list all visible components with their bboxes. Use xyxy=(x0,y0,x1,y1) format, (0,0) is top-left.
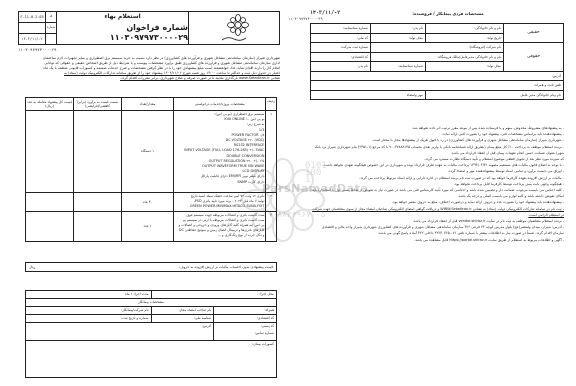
note-item: - آگهی و اطلاعات مربوط به استعلام از طری… xyxy=(310,237,564,243)
seller-title: مشخصات فردی پیمانکار / فروشنده: xyxy=(378,11,518,16)
contract-table: مدت اجرا: ۱ ماه محل اجرا: - مشخصات پیمان… xyxy=(25,290,277,378)
national-id-cell[interactable]: شناسه ملی: xyxy=(151,315,214,323)
col-row: ردیف xyxy=(266,98,277,111)
birth-place-cell[interactable]: محل تولد: xyxy=(371,33,426,43)
cell-ratio[interactable] xyxy=(74,211,122,241)
contractor-title: مشخصات پیمانکار xyxy=(26,299,277,307)
birth-date-cell[interactable]: تاریخ تولد: xyxy=(426,33,504,43)
document-header: F-11-0-2-03 کد شماره ۱۴۰۳/۱۱/-۲ استعلام … xyxy=(18,11,280,45)
cell-total[interactable] xyxy=(26,193,74,212)
desc-line: INPUT VOLTAGE (FULL LOAD 176-285) +/- 5V… xyxy=(175,148,264,153)
watermark-code: 0101 100 1 xyxy=(305,163,327,184)
note-item: - آدرس: شیراز، میدان ولیعصر(عج) بلوار مد… xyxy=(310,224,564,236)
economic-code-cell[interactable]: کد اقتصادی: xyxy=(311,52,371,62)
id-number-cell[interactable]: شماره شناسنامه: xyxy=(311,24,371,34)
note-item: - ثبت نام در سامانه تدارکات الکترونیکی د… xyxy=(310,206,564,218)
company-cell[interactable]: نام شرکت (فروشگاه): xyxy=(371,43,504,53)
address-cell[interactable]: آدرس: xyxy=(26,323,214,341)
watermark-phone: ۰۲۱-۸۸۳۴۹۶۷۰-۵ xyxy=(258,210,325,220)
page-title: استعلام بهاء xyxy=(104,13,140,21)
cell-qty: ۱ دستگاه xyxy=(122,111,174,193)
mobile-cell[interactable]: همراه: xyxy=(214,307,277,315)
table-row: ۱ دستگاه سیستم برق اضطراری (یو پی اس): ی… xyxy=(26,111,277,193)
table-header-row: قیمت کل پیشنهاد معامله به عدد (ریال) نسب… xyxy=(26,98,277,111)
col-total-price: قیمت کل پیشنهاد معامله به عدد (ریال) xyxy=(26,98,74,111)
desc-line: و دکل جرب از نوع رنگ‌کاری و ... xyxy=(175,233,264,238)
phone-label: شماره تماس: xyxy=(216,331,274,335)
company-reg-cell[interactable]: شماره ثبت شرکت: xyxy=(311,43,371,53)
location-cell: محل اجرا: - xyxy=(151,291,277,299)
number-label: شماره xyxy=(45,23,56,33)
legal-person-label: حقوقی xyxy=(504,43,564,72)
note-item: - برنده استعلام موظف به پرداخت ۱۰٪ کل مب… xyxy=(310,144,564,156)
cell-desc: باتری ۱۲ ولت ۷۲ آمپر ساعت خشک سیلد اسید … xyxy=(174,193,266,212)
postal-code-label: کد پستی: xyxy=(216,324,274,328)
table-row: ۴۰ عدد باتری ۱۲ ولت ۷۲ آمپر ساعت خشک سیل… xyxy=(26,193,277,212)
manager-id-cell[interactable]: شماره شناسنامه: xyxy=(371,62,426,72)
col-description: مشخصات پروژه/خدمات درخواستی xyxy=(174,98,266,111)
top-reference-2: ۱۱۰۳۰۹۷۹۷۳۰۰۰۰۲۹ xyxy=(288,17,323,21)
total-label: قیمت پیشنهادی بدون احتساب مالیات بر ارزش… xyxy=(179,265,273,269)
total-unit: ریال xyxy=(29,265,35,269)
code-value: F-11-0-2-03 xyxy=(19,12,45,22)
cell-total[interactable] xyxy=(26,111,74,193)
desc-line: دارای کارت SNMP xyxy=(175,180,264,185)
duration-cell: مدت اجرا: ۱ ماه xyxy=(26,291,152,299)
items-table: قیمت کل پیشنهاد معامله به عدد (ریال) نسب… xyxy=(25,97,277,242)
reference-number: ۱۱۰۳۰۹۷۹۷۳۰۰۰۰۲۹ xyxy=(18,47,57,52)
manager-cell[interactable]: نام و نام خانوادگی مدیرعامل/مالک فروشگاه… xyxy=(371,52,504,62)
cell-total[interactable] xyxy=(26,211,74,241)
table-row: ۱ عدد ست کابینت باتری و اتصالات مربوطه ج… xyxy=(26,211,277,241)
stamp-cell[interactable]: مهر وامضاء xyxy=(311,90,426,100)
name-cell[interactable]: نام و نام خانوادگی: xyxy=(426,24,504,34)
flower-logo-icon xyxy=(214,13,254,43)
call-number-label: شماره فراخوان xyxy=(126,23,188,32)
col-price-ratio: نسبت قیمت به برآورد (برابر/کاهشی/افزایشی… xyxy=(74,98,122,111)
code-label: کد xyxy=(45,12,56,22)
signatory-cell[interactable]: نام صاحب امضاء مجاز: xyxy=(151,307,214,315)
cell-desc: سیستم برق اضطراری (یو پی اس): یو پی اس ۱… xyxy=(174,111,266,193)
national-code-cell[interactable]: کد ملی: xyxy=(311,33,371,43)
intro-paragraph: شهرداری شیراز (سازمان ساماندهی مشاغل شهر… xyxy=(18,56,280,81)
manager-father-cell[interactable]: نام پدر: xyxy=(311,62,371,72)
reg-cell[interactable]: شماره و تاریخ ثبت: xyxy=(26,315,152,323)
natural-person-label: حقیقی xyxy=(504,24,564,43)
call-number: شماره فراخوان ۱۱۰۳۰۹۷۹۷۳۰۰۰۰۲۹ xyxy=(57,23,188,43)
cell-desc: ست کابینت باتری و اتصالات مربوطه جهت سیس… xyxy=(174,211,266,241)
manager-birth-place-cell[interactable]: محل تولد: xyxy=(426,62,504,72)
cell-ratio[interactable] xyxy=(74,193,122,212)
economic-code-cell[interactable]: کد اقتصادی: xyxy=(214,315,277,323)
header-title-block: استعلام بهاء شماره فراخوان ۱۱۰۳۰۹۷۹۷۳۰۰۰… xyxy=(57,12,189,44)
shiraz-municipality-logo xyxy=(189,12,279,44)
ceo-name-cell[interactable]: نام ونام خانوادگی مدیر عامل xyxy=(426,90,564,100)
cell-qty: ۴۰ عدد xyxy=(122,193,174,212)
seller-info-table: شماره شناسنامه: نام پدر: نام و نام خانوا… xyxy=(310,23,564,100)
postal-phone-cell[interactable]: کد پستی: شماره تماس: xyxy=(214,323,277,341)
left-page: F-11-0-2-03 کد شماره ۱۴۰۳/۱۱/-۲ استعلام … xyxy=(0,0,288,386)
company-name-cell[interactable]: نام شرکت/پیمانکار: xyxy=(26,307,152,315)
header-meta: F-11-0-2-03 کد شماره ۱۴۰۳/۱۱/-۲ xyxy=(19,12,57,44)
total-in-words-row: قیمت پیشنهادی بدون احتساب مالیات بر ارزش… xyxy=(25,262,277,272)
number-value: ۱۴۰۳/۱۱/-۲ xyxy=(19,34,45,44)
cell-ratio[interactable] xyxy=(74,111,122,193)
desc-line: GREEN POWER-MINIMAX-HITACO-SUNA-FIXT xyxy=(175,204,264,209)
call-number-value: ۱۱۰۳۰۹۷۹۷۳۰۰۰۰۲۹ xyxy=(110,33,188,42)
father-cell[interactable]: نام پدر: xyxy=(371,24,426,34)
col-quantity: مقدار/تعداد xyxy=(122,98,174,111)
intro-line: نشانی www.Setadiran.ir بارگذاری نمایند ت… xyxy=(18,76,280,81)
watermark-brand: ParsNamadData xyxy=(262,182,368,196)
address-cell[interactable]: آدرس: xyxy=(311,71,564,81)
cell-qty: ۱ عدد xyxy=(122,211,174,241)
phone-cell[interactable]: تلفن ثابت و همراه: xyxy=(311,81,564,91)
top-reference: ۱۴۰۳/۱۱/-۲ xyxy=(310,10,340,16)
deductions-cell[interactable]: کسورات پیمان: xyxy=(26,341,277,378)
cell-row-num: ۱ xyxy=(266,111,277,193)
